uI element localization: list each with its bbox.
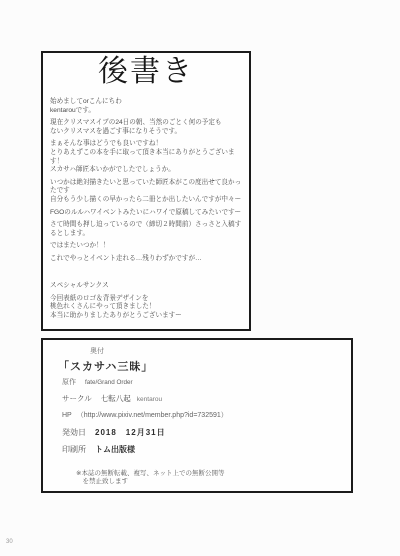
afterword-paragraph: これでやっとイベント走れる…残りわずかですが… bbox=[50, 255, 246, 264]
afterword-paragraph: さて時間も押し迫っているので（締切２時間前）さっさと入稿するとします。 bbox=[50, 221, 246, 238]
homepage-url: （http://www.pixiv.net/member.php?id=7325… bbox=[77, 412, 228, 419]
afterword-paragraph: FGOのルルハワイベントみたいにハワイで原稿してみたいですー bbox=[50, 209, 246, 218]
row-label: 原作 bbox=[62, 379, 76, 386]
afterword-body: 始めましてorこんにちわ kentarouです。 現在クリスマスイブの24日の朝… bbox=[50, 98, 246, 268]
special-thanks-paragraph: 今回表紙のロゴ＆背景デザインを 桃色れくさんにやって頂きました！ 本当に助かりま… bbox=[50, 295, 246, 321]
scanned-page: 後書き 始めましてorこんにちわ kentarouです。 現在クリスマスイブの2… bbox=[0, 0, 400, 556]
publish-date: 2018 12月31日 bbox=[95, 428, 166, 437]
colophon-row-publish-date: 発効日2018 12月31日 bbox=[62, 427, 166, 438]
afterword-paragraph: ではまたいつか！！ bbox=[50, 242, 246, 251]
colophon-panel: 奥付 「スカサハ三昧」 原作fate/Grand Order サークル七転八起k… bbox=[41, 338, 353, 493]
printer-name: トム出版様 bbox=[95, 445, 135, 454]
special-thanks-heading: スペシャルサンクス bbox=[50, 282, 246, 291]
row-label: サークル bbox=[62, 394, 92, 403]
colophon-section-label: 奥付 bbox=[90, 346, 104, 356]
row-value: 七転八起 bbox=[101, 394, 131, 403]
afterword-paragraph: 現在クリスマスイブの24日の朝、当然のごとく何の予定も ないクリスマスを過ごす事… bbox=[50, 119, 246, 136]
row-label: 発効日 bbox=[62, 428, 86, 437]
afterword-title: 後書き bbox=[43, 55, 249, 89]
afterword-paragraph: 始めましてorこんにちわ kentarouです。 bbox=[50, 98, 246, 115]
colophon-row-homepage: HP（http://www.pixiv.net/member.php?id=73… bbox=[62, 410, 228, 420]
page-number: 30 bbox=[6, 539, 13, 545]
colophon-row-circle: サークル七転八起kentarou bbox=[62, 393, 162, 404]
row-value: fate/Grand Order bbox=[85, 379, 133, 386]
row-label: HP bbox=[62, 412, 72, 419]
afterword-paragraph: いつかは絶対描きたいと思っていた師匠本がこの度出せて良かったです 自分もう少し描… bbox=[50, 179, 246, 205]
copyright-notice: ※本誌の無断転載、複写、ネット上での無断公開等 を禁止致します bbox=[76, 470, 224, 486]
work-title: 「スカサハ三昧」 bbox=[58, 358, 153, 374]
colophon-row-printer: 印刷所トム出版様 bbox=[62, 444, 135, 455]
circle-author-name: kentarou bbox=[137, 396, 162, 403]
special-thanks: スペシャルサンクス 今回表紙のロゴ＆背景デザインを 桃色れくさんにやって頂きまし… bbox=[50, 282, 246, 324]
row-label: 印刷所 bbox=[62, 445, 86, 454]
afterword-paragraph: まぁそんな事はどうでも良いですね！ とりあえずこの本を手に取って頂き本当にありが… bbox=[50, 140, 246, 174]
colophon-row-original-work: 原作fate/Grand Order bbox=[62, 377, 133, 387]
afterword-panel: 後書き 始めましてorこんにちわ kentarouです。 現在クリスマスイブの2… bbox=[41, 51, 251, 331]
